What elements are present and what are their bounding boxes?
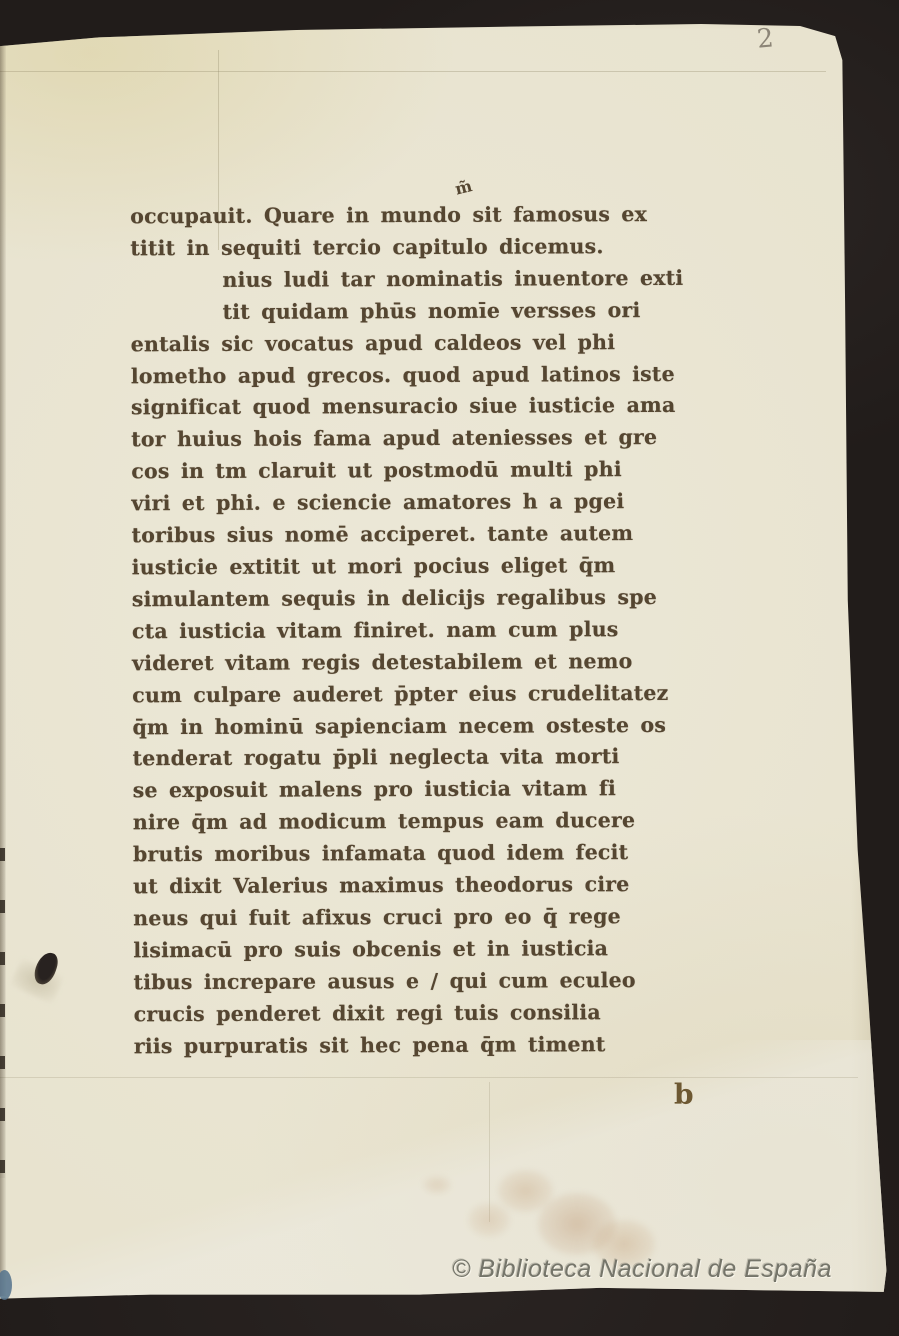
manuscript-text-line: neus qui fuit afixus cruci pro eo q̄ reg… <box>133 901 711 935</box>
manuscript-text-line: nire q̄m ad modicum tempus eam ducere <box>133 805 711 839</box>
manuscript-text-line: riis purpuratis sit hec pena q̄m timent <box>134 1028 712 1062</box>
quire-signature-mark: b <box>674 1078 694 1111</box>
manuscript-text-line: nius ludi tar nominatis inuentore exti <box>130 263 708 297</box>
manuscript-text-line: lisimacū pro suis obcenis et in iusticia <box>133 933 711 967</box>
manuscript-text-line: entalis sic vocatus apud caldeos vel phi <box>131 326 709 360</box>
library-watermark: © Biblioteca Nacional de España <box>452 1255 832 1284</box>
ink-stain <box>423 1176 451 1194</box>
ruling-line-horizontal-top <box>0 71 826 72</box>
parchment-page: 2 m̃ occupauit. Quare in mundo sit famos… <box>0 0 899 1336</box>
manuscript-text-line: tit quidam phūs nomīe versses ori <box>131 294 709 328</box>
folio-number: 2 <box>756 23 775 54</box>
manuscript-text-line: cta iusticia vitam finiret. nam cum plus <box>132 614 710 648</box>
ruling-line-horizontal-bottom <box>0 1077 858 1078</box>
manuscript-text-line: cum culpare auderet p̄pter eius crudelit… <box>132 677 710 711</box>
manuscript-text-line: lometho apud grecos. quod apud latinos i… <box>131 358 709 392</box>
manuscript-text-line: tenderat rogatu p̄pli neglecta vita mort… <box>132 741 710 775</box>
manuscript-text-line: tor huius hois fama apud ateniesses et g… <box>131 422 709 456</box>
manuscript-text-line: ut dixit Valerius maximus theodorus cire <box>133 869 711 903</box>
manuscript-scan: 2 m̃ occupauit. Quare in mundo sit famos… <box>0 0 899 1336</box>
manuscript-text-line: titit in sequiti tercio capitulo dicemus… <box>130 231 708 265</box>
ink-stain <box>468 1203 510 1237</box>
manuscript-text-block: occupauit. Quare in mundo sit famosus ex… <box>130 199 712 1063</box>
manuscript-text-line: cos in tm claruit ut postmodū multi phi <box>131 454 709 488</box>
manuscript-text-line: videret vitam regis detestabilem et nemo <box>132 645 710 679</box>
manuscript-text-line: tibus increpare ausus e / qui cum eculeo <box>133 964 711 998</box>
manuscript-text-line: simulantem sequis in delicijs regalibus … <box>132 582 710 616</box>
manuscript-text-line: iusticie extitit ut mori pocius eliget q… <box>132 550 710 584</box>
manuscript-text-line: se exposuit malens pro iusticia vitam fi <box>133 773 711 807</box>
manuscript-text-line: crucis penderet dixit regi tuis consilia <box>134 996 712 1030</box>
manuscript-text-line: occupauit. Quare in mundo sit famosus ex <box>130 199 708 233</box>
manuscript-text-line: viri et phi. e sciencie amatores h a pge… <box>131 486 709 520</box>
manuscript-text-line: brutis moribus infamata quod idem fecit <box>133 837 711 871</box>
ruling-line-vertical-bottom <box>489 1082 490 1222</box>
manuscript-text-line: q̄m in hominū sapienciam necem osteste o… <box>132 709 710 743</box>
manuscript-text-line: significat quod mensuracio siue iusticie… <box>131 390 709 424</box>
binding-stitches <box>0 848 5 1178</box>
manuscript-text-line: toribus sius nomē acciperet. tante autem <box>132 518 710 552</box>
interlinear-correction-mark: m̃ <box>453 176 473 198</box>
